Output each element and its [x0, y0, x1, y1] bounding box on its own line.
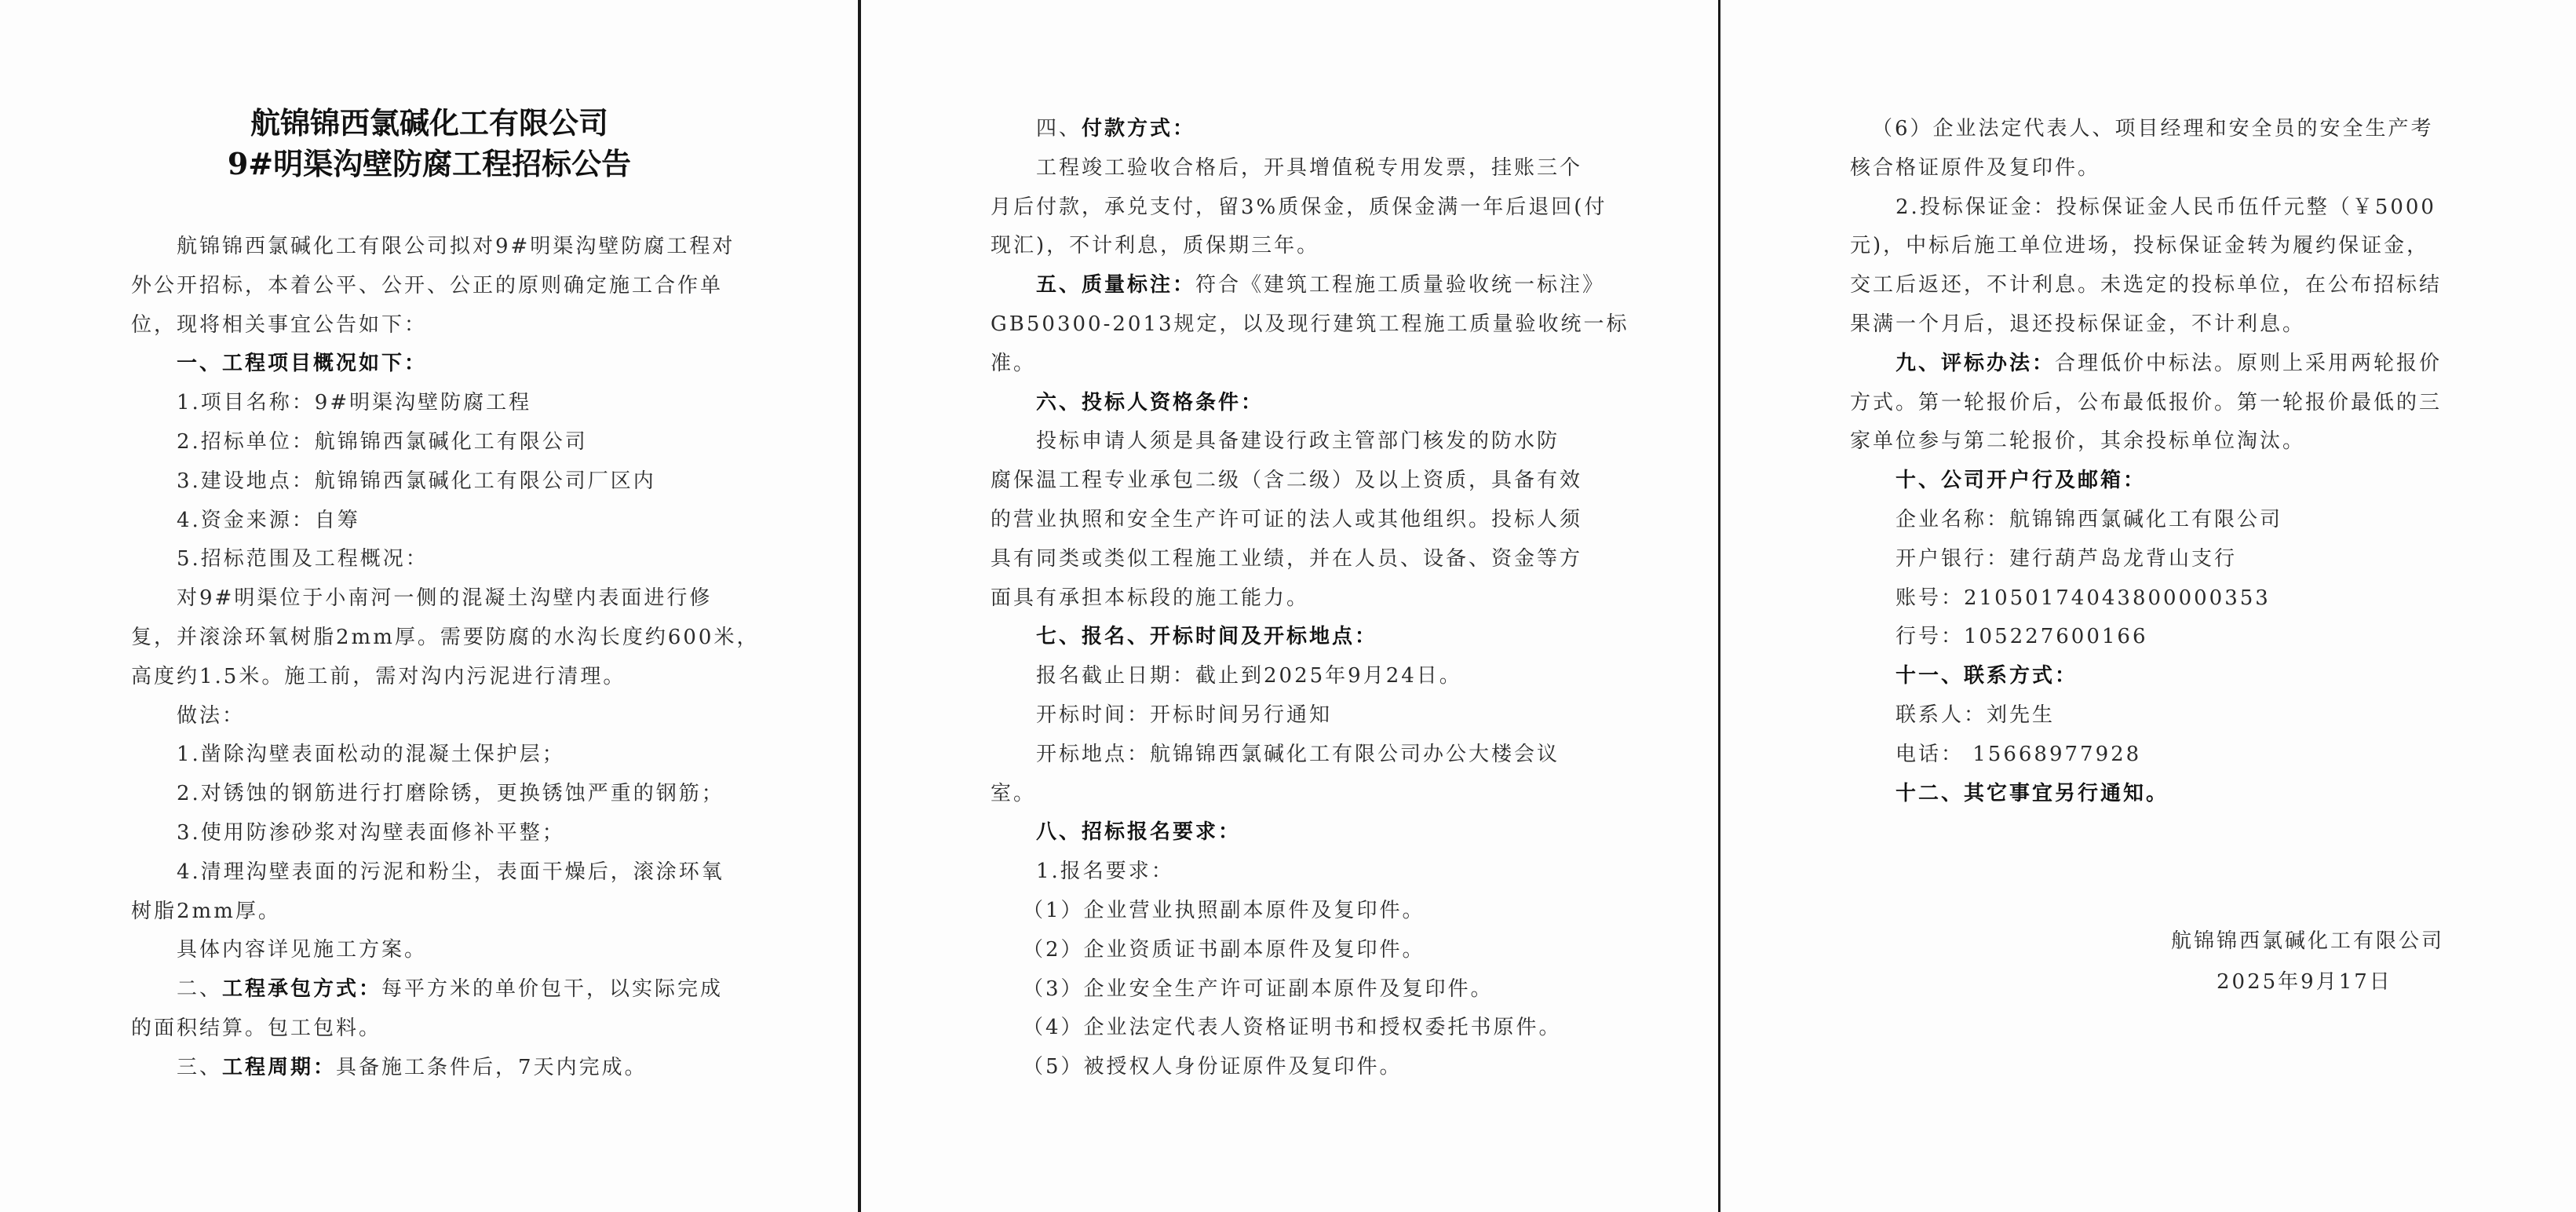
paragraph-text: 室。	[991, 782, 1036, 805]
paragraph-text: 1.凿除沟壁表面松动的混凝土保护层；	[177, 743, 565, 766]
paragraph-text: 4.清理沟壁表面的污泥和粉尘，表面干燥后，滚涂环氧	[177, 860, 724, 884]
text-line: （2）企业资质证书副本原件及复印件。	[1023, 937, 1425, 962]
text-line: 行号：105227600166	[1896, 624, 2148, 649]
text-line: GB50300-2013规定，以及现行建筑工程施工质量验收统一标	[991, 312, 1629, 337]
text-line: 五、质量标注：符合《建筑工程施工质量验收统一标注》	[1036, 272, 1605, 298]
section-heading: 十二、其它事宜另行通知。	[1896, 782, 2169, 805]
text-line: 联系人：刘先生	[1896, 703, 2055, 728]
section-heading: 八、招标报名要求：	[1036, 820, 1241, 844]
text-line: 面具有承担本标段的施工能力。	[991, 586, 1309, 611]
text-line: 具有同类或类似工程施工业绩，并在人员、设备、资金等方	[991, 546, 1582, 571]
text-line: 2.投标保证金：投标保证金人民币伍仟元整（￥5000	[1896, 195, 2436, 220]
section-heading: 九、评标办法：	[1896, 352, 2055, 375]
text-line: 四、付款方式：	[1036, 116, 1195, 141]
paragraph-text: 3.使用防渗砂浆对沟壁表面修补平整；	[177, 821, 565, 845]
text-line: 1.凿除沟壁表面松动的混凝土保护层；	[177, 742, 565, 767]
text-line: 六、投标人资格条件：	[1036, 390, 1264, 415]
paragraph-text: 电话： 15668977928	[1896, 743, 2141, 766]
paragraph-text: 元)，中标后施工单位进场，投标保证金转为履约保证金，	[1850, 234, 2429, 257]
text-line: 方式。第一轮报价后，公布最低报价。第一轮报价最低的三	[1850, 390, 2442, 415]
text-line: 现汇)，不计利息，质保期三年。	[991, 233, 1319, 258]
paragraph-text: （4）企业法定代表人资格证明书和授权委托书原件。	[1023, 1016, 1562, 1039]
signature-company: 航锦锦西氯碱化工有限公司	[2171, 929, 2444, 954]
paragraph-text: 对9#明渠位于小南河一侧的混凝土沟壁内表面进行修	[177, 586, 712, 610]
text-line: 5.招标范围及工程概况：	[177, 546, 429, 571]
paragraph-text: 高度约1.5米。施工前，需对沟内污泥进行清理。	[131, 665, 626, 688]
paragraph-text: 2.招标单位：航锦锦西氯碱化工有限公司	[177, 430, 588, 454]
paragraph-text: （5）被授权人身份证原件及复印件。	[1023, 1055, 1403, 1079]
text-line: 复，并滚涂环氧树脂2mm厚。需要防腐的水沟长度约600米，	[131, 625, 759, 650]
text-line: 航锦锦西氯碱化工有限公司拟对9#明渠沟壁防腐工程对	[177, 234, 735, 259]
text-line: 外公开招标，本着公平、公开、公正的原则确定施工合作单	[131, 273, 723, 298]
paragraph-text: 面具有承担本标段的施工能力。	[991, 586, 1309, 610]
text-line: 账号：21050174043800000353	[1896, 586, 2271, 611]
paragraph-text: 2.对锈蚀的钢筋进行打磨除锈，更换锈蚀严重的钢筋；	[177, 782, 724, 805]
paragraph-text: 企业名称：航锦锦西氯碱化工有限公司	[1896, 508, 2282, 531]
paragraph-text: 做法：	[177, 704, 245, 728]
paragraph-text: 报名截止日期：截止到2025年9月24日。	[1036, 664, 1462, 688]
text-line: 2.对锈蚀的钢筋进行打磨除锈，更换锈蚀严重的钢筋；	[177, 781, 724, 806]
paragraph-text: 具有同类或类似工程施工业绩，并在人员、设备、资金等方	[991, 547, 1582, 571]
section-number: 二、	[177, 977, 222, 1001]
text-line: 家单位参与第二轮报价，其余投标单位淘汰。	[1850, 429, 2305, 454]
paragraph-text: （6）企业法定代表人、项目经理和安全员的安全生产考	[1872, 117, 2434, 141]
text-line: 2.招标单位：航锦锦西氯碱化工有限公司	[177, 429, 588, 454]
text-line: 室。	[991, 781, 1036, 806]
section-number: 四、	[1036, 117, 1082, 141]
paragraph-text: 方式。第一轮报价后，公布最低报价。第一轮报价最低的三	[1850, 391, 2442, 414]
paragraph-text: 复，并滚涂环氧树脂2mm厚。需要防腐的水沟长度约600米，	[131, 626, 759, 649]
text-line: 的面积结算。包工包料。	[131, 1016, 381, 1041]
text-line: 4.资金来源：自筹	[177, 508, 360, 533]
text-line: 核合格证原件及复印件。	[1850, 155, 2100, 181]
section-text: 合理低价中标法。原则上采用两轮报价	[2055, 352, 2442, 375]
text-line: 三、工程周期：具备施工条件后，7天内完成。	[177, 1055, 648, 1080]
paragraph-text: 航锦锦西氯碱化工有限公司拟对9#明渠沟壁防腐工程对	[177, 235, 735, 258]
paragraph-text: 果满一个月后，退还投标保证金，不计利息。	[1850, 312, 2305, 336]
paragraph-text: 月后付款，承兑支付，留3%质保金，质保金满一年后退回(付	[991, 195, 1607, 219]
paragraph-text: 核合格证原件及复印件。	[1850, 156, 2100, 180]
paragraph-text: 现汇)，不计利息，质保期三年。	[991, 234, 1319, 257]
paragraph-text: 具体内容详见施工方案。	[177, 938, 427, 962]
paragraph-text: 1.报名要求：	[1036, 860, 1174, 883]
text-line: 对9#明渠位于小南河一侧的混凝土沟壁内表面进行修	[177, 586, 712, 611]
text-line: 位，现将相关事宜公告如下：	[131, 312, 427, 338]
text-line: 3.使用防渗砂浆对沟壁表面修补平整；	[177, 820, 565, 845]
paragraph-text: 交工后返还，不计利息。未选定的投标单位，在公布招标结	[1850, 273, 2442, 297]
section-text: 具备施工条件后，7天内完成。	[336, 1056, 648, 1079]
text-line: （3）企业安全生产许可证副本原件及复印件。	[1023, 977, 1494, 1002]
document-title-line1: 航锦锦西氯碱化工有限公司	[131, 105, 728, 141]
text-line: 八、招标报名要求：	[1036, 820, 1241, 845]
paragraph-text: 家单位参与第二轮报价，其余投标单位淘汰。	[1850, 429, 2305, 453]
text-line: 工程竣工验收合格后，开具增值税专用发票，挂账三个	[1036, 155, 1582, 181]
section-heading: 一、工程项目概况如下：	[177, 352, 427, 375]
paragraph-text: 开标地点：航锦锦西氯碱化工有限公司办公大楼会议	[1036, 743, 1560, 766]
text-line: 企业名称：航锦锦西氯碱化工有限公司	[1896, 507, 2282, 532]
text-line: 4.清理沟壁表面的污泥和粉尘，表面干燥后，滚涂环氧	[177, 860, 724, 885]
paragraph-text: 2.投标保证金：投标保证金人民币伍仟元整（￥5000	[1896, 195, 2436, 219]
paragraph-text: 腐保温工程专业承包二级（含二级）及以上资质，具备有效	[991, 469, 1582, 492]
text-line: 十一、联系方式：	[1896, 663, 2078, 688]
paragraph-text: 工程竣工验收合格后，开具增值税专用发票，挂账三个	[1036, 156, 1582, 180]
paragraph-text: 位，现将相关事宜公告如下：	[131, 313, 427, 337]
text-line: 七、报名、开标时间及开标地点：	[1036, 624, 1377, 649]
signature-date: 2025年9月17日	[2217, 969, 2392, 995]
text-line: 投标申请人须是具备建设行政主管部门核发的防水防	[1036, 429, 1560, 454]
text-line: （1）企业营业执照副本原件及复印件。	[1023, 898, 1425, 923]
section-heading: 十、公司开户行及邮箱：	[1896, 469, 2146, 492]
text-line: 二、工程承包方式：每平方米的单价包干，以实际完成	[177, 977, 723, 1002]
paragraph-text: （3）企业安全生产许可证副本原件及复印件。	[1023, 977, 1494, 1001]
document-title-line2: 9#明渠沟壁防腐工程招标公告	[131, 146, 728, 182]
paragraph-text: 准。	[991, 352, 1036, 375]
text-line: 元)，中标后施工单位进场，投标保证金转为履约保证金，	[1850, 233, 2429, 258]
text-line: 1.报名要求：	[1036, 859, 1174, 884]
text-line: 月后付款，承兑支付，留3%质保金，质保金满一年后退回(付	[991, 195, 1607, 220]
section-number: 三、	[177, 1056, 222, 1079]
section-heading: 工程承包方式：	[222, 977, 381, 1001]
text-line: 高度约1.5米。施工前，需对沟内污泥进行清理。	[131, 664, 626, 689]
paragraph-text: 5.招标范围及工程概况：	[177, 547, 429, 571]
section-heading: 付款方式：	[1082, 117, 1195, 141]
text-line: 十二、其它事宜另行通知。	[1896, 781, 2169, 806]
text-line: 交工后返还，不计利息。未选定的投标单位，在公布招标结	[1850, 272, 2442, 298]
text-line: 果满一个月后，退还投标保证金，不计利息。	[1850, 312, 2305, 337]
paragraph-text: 行号：105227600166	[1896, 625, 2148, 648]
paragraph-text: （1）企业营业执照副本原件及复印件。	[1023, 899, 1425, 922]
section-heading: 工程周期：	[222, 1056, 336, 1079]
paragraph-text: GB50300-2013规定，以及现行建筑工程施工质量验收统一标	[991, 312, 1629, 336]
paragraph-text: 开户银行：建行葫芦岛龙背山支行	[1896, 547, 2237, 571]
text-line: 报名截止日期：截止到2025年9月24日。	[1036, 663, 1462, 688]
paragraph-text: 的面积结算。包工包料。	[131, 1017, 381, 1040]
paragraph-text: 树脂2mm厚。	[131, 900, 281, 923]
text-line: 开户银行：建行葫芦岛龙背山支行	[1896, 546, 2237, 571]
text-line: 3.建设地点：航锦锦西氯碱化工有限公司厂区内	[177, 469, 656, 494]
paragraph-text: 的营业执照和安全生产许可证的法人或其他组织。投标人须	[991, 508, 1582, 531]
text-line: 开标时间：开标时间另行通知	[1036, 703, 1332, 728]
section-heading: 七、报名、开标时间及开标地点：	[1036, 625, 1377, 648]
text-line: 电话： 15668977928	[1896, 742, 2141, 767]
section-text: 每平方米的单价包干，以实际完成	[381, 977, 723, 1001]
paragraph-text: 1.项目名称：9#明渠沟壁防腐工程	[177, 391, 531, 414]
text-line: （5）被授权人身份证原件及复印件。	[1023, 1054, 1403, 1079]
paragraph-text: 4.资金来源：自筹	[177, 509, 360, 532]
text-line: （4）企业法定代表人资格证明书和授权委托书原件。	[1023, 1015, 1562, 1040]
section-heading: 五、质量标注：	[1036, 273, 1195, 297]
paragraph-text: 开标时间：开标时间另行通知	[1036, 703, 1332, 727]
text-line: 腐保温工程专业承包二级（含二级）及以上资质，具备有效	[991, 468, 1582, 493]
paragraph-text: 联系人：刘先生	[1896, 703, 2055, 727]
paragraph-text: （2）企业资质证书副本原件及复印件。	[1023, 938, 1425, 962]
text-line: （6）企业法定代表人、项目经理和安全员的安全生产考	[1872, 116, 2434, 141]
text-line: 的营业执照和安全生产许可证的法人或其他组织。投标人须	[991, 507, 1582, 532]
text-line: 具体内容详见施工方案。	[177, 937, 427, 962]
text-line: 开标地点：航锦锦西氯碱化工有限公司办公大楼会议	[1036, 742, 1560, 767]
text-line: 1.项目名称：9#明渠沟壁防腐工程	[177, 390, 531, 415]
paragraph-text: 账号：21050174043800000353	[1896, 586, 2271, 610]
text-line: 树脂2mm厚。	[131, 899, 281, 924]
paragraph-text: 3.建设地点：航锦锦西氯碱化工有限公司厂区内	[177, 469, 656, 493]
text-line: 准。	[991, 351, 1036, 376]
paragraph-text: 投标申请人须是具备建设行政主管部门核发的防水防	[1036, 429, 1560, 453]
text-line: 十、公司开户行及邮箱：	[1896, 468, 2146, 493]
text-line: 九、评标办法：合理低价中标法。原则上采用两轮报价	[1896, 351, 2442, 376]
section-text: 符合《建筑工程施工质量验收统一标注》	[1195, 273, 1605, 297]
text-line: 做法：	[177, 703, 245, 728]
paragraph-text: 外公开招标，本着公平、公开、公正的原则确定施工合作单	[131, 274, 723, 298]
section-heading: 六、投标人资格条件：	[1036, 391, 1264, 414]
section-heading: 十一、联系方式：	[1896, 664, 2078, 688]
text-line: 一、工程项目概况如下：	[177, 351, 427, 376]
